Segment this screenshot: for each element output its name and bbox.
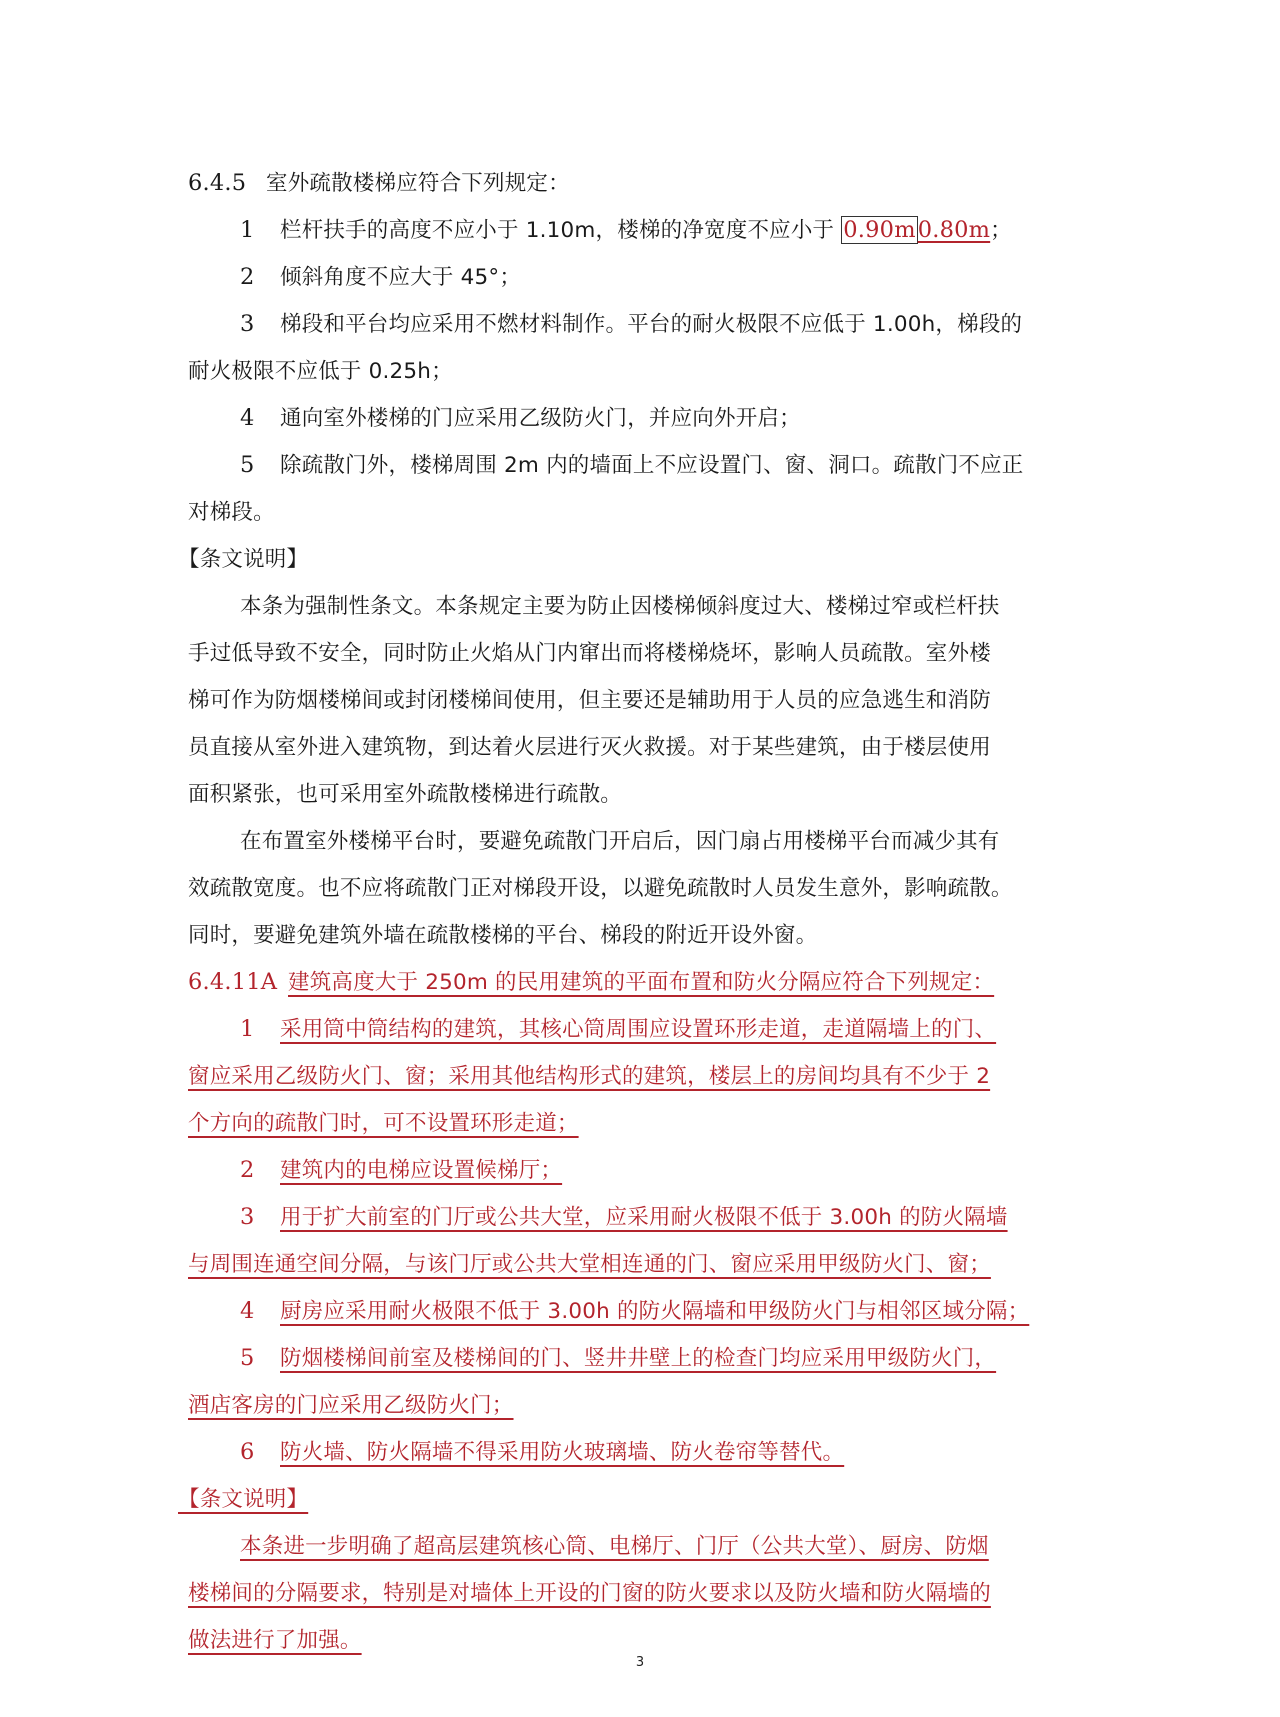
- inserted-item-1-cont2: 个方向的疏散门时，可不设置环形走道；: [188, 1100, 1123, 1147]
- inserted-item-1-cont1: 窗应采用乙级防火门、窗；采用其他结构形式的建筑，楼层上的房间均具有不少于 2: [188, 1053, 1123, 1100]
- paragraph-text: 面积紧张，也可采用室外疏散楼梯进行疏散。: [188, 782, 622, 807]
- item-number: 5: [240, 1335, 280, 1382]
- paragraph-text: 同时，要避免建筑外墙在疏散楼梯的平台、梯段的附近开设外窗。: [188, 923, 817, 948]
- inserted-item-5-cont: 酒店客房的门应采用乙级防火门；: [188, 1382, 1123, 1429]
- item-text: 酒店客房的门应采用乙级防火门；: [188, 1393, 514, 1418]
- paragraph-text: 在布置室外楼梯平台时，要避免疏散门开启后，因门扇占用楼梯平台而减少其有: [240, 829, 1000, 854]
- explanation-heading-text: 【条文说明】: [178, 547, 308, 572]
- item-text: 个方向的疏散门时，可不设置环形走道；: [188, 1111, 579, 1136]
- inserted-explanation-heading: 【条文说明】: [188, 1476, 1123, 1523]
- list-item-5: 5除疏散门外，楼梯周围 2m 内的墙面上不应设置门、窗、洞口。疏散门不应正: [188, 442, 1123, 489]
- inserted-value: 0.80m: [918, 217, 990, 243]
- list-item-1: 1栏杆扶手的高度不应小于 1.10m，楼梯的净宽度不应小于 0.90m0.80m…: [188, 207, 1123, 254]
- item-text: 用于扩大前室的门厅或公共大堂，应采用耐火极限不低于 3.00h 的防火隔墙: [280, 1205, 1008, 1230]
- inserted-item-text: 2建筑内的电梯应设置候梯厅；: [240, 1157, 562, 1183]
- paragraph-text: 手过低导致不安全，同时防止火焰从门内窜出而将楼梯烧坏，影响人员疏散。室外楼: [188, 641, 991, 666]
- page-number: 3: [0, 1655, 1280, 1670]
- explanation-p1-line3: 梯可作为防烟楼梯间或封闭楼梯间使用，但主要还是辅助用于人员的应急逃生和消防: [188, 677, 1123, 724]
- list-item-2: 2倾斜角度不应大于 45°；: [188, 254, 1123, 301]
- document-page: 6.4.5室外疏散楼梯应符合下列规定： 1栏杆扶手的高度不应小于 1.10m，楼…: [188, 160, 1123, 1664]
- inserted-explanation-line2: 楼梯间的分隔要求，特别是对墙体上开设的门窗的防火要求以及防火墙和防火隔墙的: [188, 1570, 1123, 1617]
- inserted-explanation-line1: 本条进一步明确了超高层建筑核心筒、电梯厅、门厅（公共大堂）、厨房、防烟: [188, 1523, 1123, 1570]
- item-text: 除疏散门外，楼梯周围 2m 内的墙面上不应设置门、窗、洞口。疏散门不应正: [280, 453, 1024, 478]
- explanation-p2-line2: 效疏散宽度。也不应将疏散门正对梯段开设，以避免疏散时人员发生意外，影响疏散。: [188, 865, 1123, 912]
- item-number: 3: [240, 1194, 280, 1241]
- item-text: 栏杆扶手的高度不应小于 1.10m，楼梯的净宽度不应小于: [280, 218, 841, 243]
- item-text: 防烟楼梯间前室及楼梯间的门、竖井井壁上的检查门均应采用甲级防火门，: [280, 1346, 996, 1371]
- item-text: 倾斜角度不应大于 45°；: [280, 265, 521, 290]
- item-number: 4: [240, 1288, 280, 1335]
- clause-number: 6.4.11A建筑高度大于 250m 的民用建筑的平面布置和防火分隔应符合下列规…: [188, 969, 994, 995]
- paragraph-text: 梯可作为防烟楼梯间或封闭楼梯间使用，但主要还是辅助用于人员的应急逃生和消防: [188, 688, 991, 713]
- item-number: 4: [240, 395, 280, 442]
- explanation-heading: 【条文说明】: [188, 536, 1123, 583]
- item-text: 对梯段。: [188, 500, 275, 525]
- clause-title: 建筑高度大于 250m 的民用建筑的平面布置和防火分隔应符合下列规定：: [288, 970, 994, 995]
- item-punct: ；: [990, 218, 1012, 243]
- inserted-item-2: 2建筑内的电梯应设置候梯厅；: [188, 1147, 1123, 1194]
- paragraph-text: 做法进行了加强。: [188, 1628, 362, 1653]
- inserted-item-5: 5防烟楼梯间前室及楼梯间的门、竖井井壁上的检查门均应采用甲级防火门，: [188, 1335, 1123, 1382]
- list-item-3-cont: 耐火极限不应低于 0.25h；: [188, 348, 1123, 395]
- explanation-heading-text: 【条文说明】: [178, 1487, 308, 1512]
- list-item-3: 3梯段和平台均应采用不燃材料制作。平台的耐火极限不应低于 1.00h，梯段的: [188, 301, 1123, 348]
- explanation-p1-line2: 手过低导致不安全，同时防止火焰从门内窜出而将楼梯烧坏，影响人员疏散。室外楼: [188, 630, 1123, 677]
- item-text: 采用筒中筒结构的建筑，其核心筒周围应设置环形走道，走道隔墙上的门、: [280, 1017, 996, 1042]
- explanation-p2-line1: 在布置室外楼梯平台时，要避免疏散门开启后，因门扇占用楼梯平台而减少其有: [188, 818, 1123, 865]
- item-text: 建筑内的电梯应设置候梯厅；: [280, 1158, 562, 1183]
- section-6-4-11A-title: 6.4.11A建筑高度大于 250m 的民用建筑的平面布置和防火分隔应符合下列规…: [188, 959, 1123, 1006]
- inserted-item-text: 1采用筒中筒结构的建筑，其核心筒周围应设置环形走道，走道隔墙上的门、: [240, 1016, 996, 1042]
- item-number: 2: [240, 1147, 280, 1194]
- inserted-item-3-cont: 与周围连通空间分隔，与该门厅或公共大堂相连通的门、窗应采用甲级防火门、窗；: [188, 1241, 1123, 1288]
- item-text: 通向室外楼梯的门应采用乙级防火门，并应向外开启；: [280, 406, 801, 431]
- item-number: 3: [240, 301, 280, 348]
- paragraph-text: 本条为强制性条文。本条规定主要为防止因楼梯倾斜度过大、楼梯过窄或栏杆扶: [240, 594, 1000, 619]
- clause-number: 6.4.5: [188, 160, 266, 207]
- list-item-5-cont: 对梯段。: [188, 489, 1123, 536]
- explanation-p1-line1: 本条为强制性条文。本条规定主要为防止因楼梯倾斜度过大、楼梯过窄或栏杆扶: [188, 583, 1123, 630]
- inserted-item-6: 6防火墙、防火隔墙不得采用防火玻璃墙、防火卷帘等替代。: [188, 1429, 1123, 1476]
- explanation-p1-line4: 员直接从室外进入建筑物，到达着火层进行灭火救援。对于某些建筑，由于楼层使用: [188, 724, 1123, 771]
- item-text: 与周围连通空间分隔，与该门厅或公共大堂相连通的门、窗应采用甲级防火门、窗；: [188, 1252, 991, 1277]
- item-number: 1: [240, 207, 280, 254]
- deleted-value: 0.90m: [841, 216, 917, 244]
- inserted-item-3: 3用于扩大前室的门厅或公共大堂，应采用耐火极限不低于 3.00h 的防火隔墙: [188, 1194, 1123, 1241]
- clause-number-text: 6.4.11A: [188, 959, 288, 1006]
- item-number: 6: [240, 1429, 280, 1476]
- item-text: 耐火极限不应低于 0.25h；: [188, 359, 453, 384]
- explanation-p2-line3: 同时，要避免建筑外墙在疏散楼梯的平台、梯段的附近开设外窗。: [188, 912, 1123, 959]
- list-item-4: 4通向室外楼梯的门应采用乙级防火门，并应向外开启；: [188, 395, 1123, 442]
- clause-title: 室外疏散楼梯应符合下列规定：: [266, 171, 570, 196]
- paragraph-text: 本条进一步明确了超高层建筑核心筒、电梯厅、门厅（公共大堂）、厨房、防烟: [240, 1534, 989, 1559]
- inserted-item-text: 4厨房应采用耐火极限不低于 3.00h 的防火隔墙和甲级防火门与相邻区域分隔；: [240, 1298, 1029, 1324]
- item-text: 窗应采用乙级防火门、窗；采用其他结构形式的建筑，楼层上的房间均具有不少于 2: [188, 1064, 990, 1089]
- explanation-p1-line5: 面积紧张，也可采用室外疏散楼梯进行疏散。: [188, 771, 1123, 818]
- section-6-4-5-title: 6.4.5室外疏散楼梯应符合下列规定：: [188, 160, 1123, 207]
- item-number: 1: [240, 1006, 280, 1053]
- item-text: 防火墙、防火隔墙不得采用防火玻璃墙、防火卷帘等替代。: [280, 1440, 844, 1465]
- inserted-item-4: 4厨房应采用耐火极限不低于 3.00h 的防火隔墙和甲级防火门与相邻区域分隔；: [188, 1288, 1123, 1335]
- item-text: 厨房应采用耐火极限不低于 3.00h 的防火隔墙和甲级防火门与相邻区域分隔；: [280, 1299, 1029, 1324]
- paragraph-text: 楼梯间的分隔要求，特别是对墙体上开设的门窗的防火要求以及防火墙和防火隔墙的: [188, 1581, 991, 1606]
- paragraph-text: 效疏散宽度。也不应将疏散门正对梯段开设，以避免疏散时人员发生意外，影响疏散。: [188, 876, 1013, 901]
- inserted-item-text: 6防火墙、防火隔墙不得采用防火玻璃墙、防火卷帘等替代。: [240, 1439, 844, 1465]
- inserted-item-1: 1采用筒中筒结构的建筑，其核心筒周围应设置环形走道，走道隔墙上的门、: [188, 1006, 1123, 1053]
- item-text: 梯段和平台均应采用不燃材料制作。平台的耐火极限不应低于 1.00h，梯段的: [280, 312, 1022, 337]
- item-number: 5: [240, 442, 280, 489]
- item-number: 2: [240, 254, 280, 301]
- inserted-item-text: 5防烟楼梯间前室及楼梯间的门、竖井井壁上的检查门均应采用甲级防火门，: [240, 1345, 996, 1371]
- paragraph-text: 员直接从室外进入建筑物，到达着火层进行灭火救援。对于某些建筑，由于楼层使用: [188, 735, 991, 760]
- inserted-item-text: 3用于扩大前室的门厅或公共大堂，应采用耐火极限不低于 3.00h 的防火隔墙: [240, 1204, 1008, 1230]
